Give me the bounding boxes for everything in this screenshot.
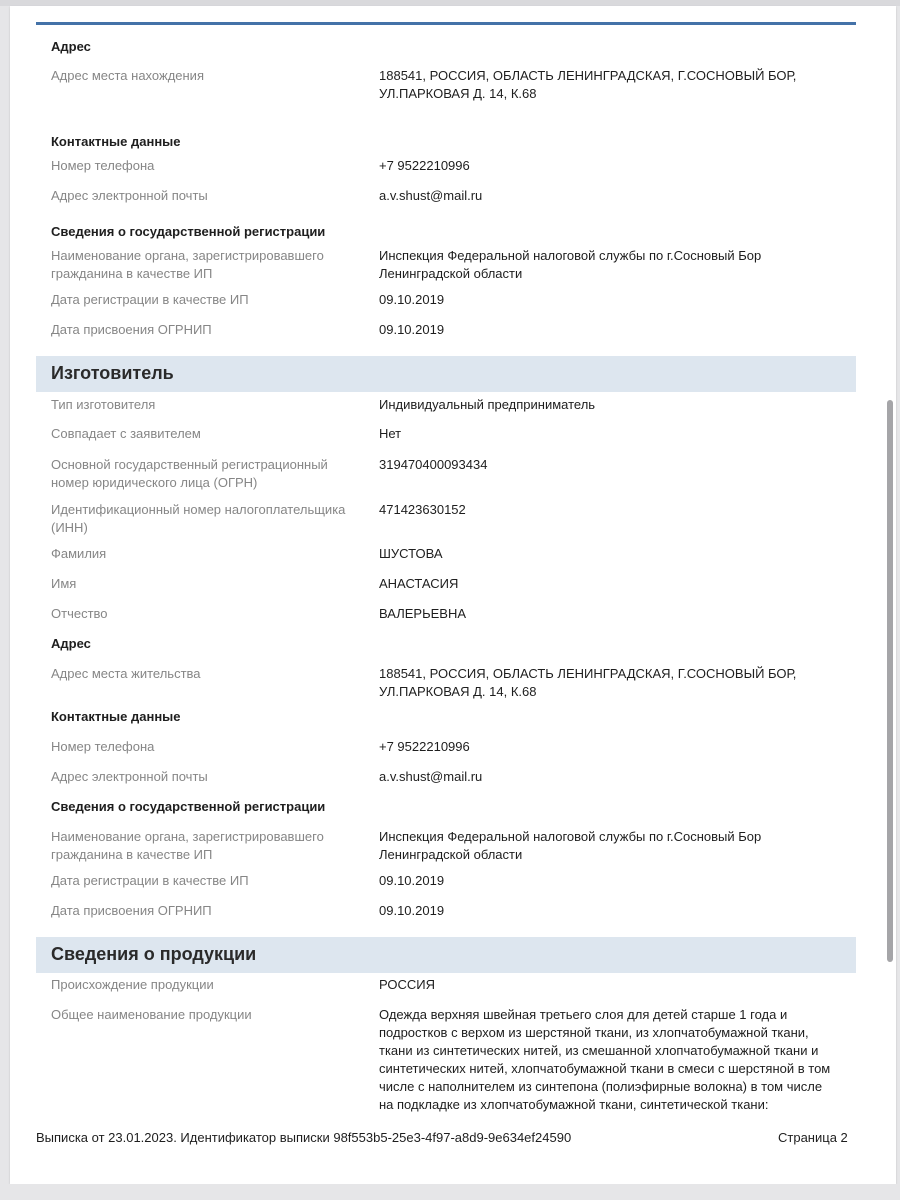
field-value: 188541, РОССИЯ, ОБЛАСТЬ ЛЕНИНГРАДСКАЯ, Г… — [379, 665, 854, 701]
field-label: Дата присвоения ОГРНИП — [51, 902, 356, 920]
product-name-line: числе с наполнителем из синтепона (полиэ… — [379, 1078, 854, 1096]
field-value: Одежда верхняя швейная третьего слоя для… — [379, 1006, 854, 1114]
address-line-2: УЛ.ПАРКОВАЯ Д. 14, К.68 — [379, 85, 854, 103]
field-value: 09.10.2019 — [379, 872, 854, 890]
product-name-line: синтетических нитей, хлопчатобумажной тк… — [379, 1060, 854, 1078]
field-value: Инспекция Федеральной налоговой службы п… — [379, 247, 854, 283]
field-value: +7 9522210996 — [379, 738, 854, 756]
field-value: a.v.shust@mail.ru — [379, 187, 854, 205]
label-line-1: Наименование органа, зарегистрировавшего — [51, 247, 356, 265]
value-line-1: Инспекция Федеральной налоговой службы п… — [379, 247, 854, 265]
manufacturer-contacts-heading: Контактные данные — [51, 709, 181, 724]
field-label: Адрес места нахождения — [51, 67, 356, 85]
field-label: Имя — [51, 575, 356, 593]
field-value: РОССИЯ — [379, 976, 854, 994]
field-value: Индивидуальный предприниматель — [379, 396, 854, 414]
label-line-2: гражданина в качестве ИП — [51, 265, 356, 283]
product-section-header: Сведения о продукции — [36, 937, 856, 973]
value-line-2: Ленинградской области — [379, 846, 854, 864]
field-value: a.v.shust@mail.ru — [379, 768, 854, 786]
window-bottom-edge — [0, 1184, 900, 1200]
applicant-address-heading: Адрес — [51, 39, 91, 54]
manufacturer-reg-heading: Сведения о государственной регистрации — [51, 799, 325, 814]
field-label: Адрес электронной почты — [51, 768, 356, 786]
field-label: Номер телефона — [51, 157, 356, 175]
field-label: Дата присвоения ОГРНИП — [51, 321, 356, 339]
field-label: Номер телефона — [51, 738, 356, 756]
field-value: ВАЛЕРЬЕВНА — [379, 605, 854, 623]
field-label: Отчество — [51, 605, 356, 623]
field-value: 09.10.2019 — [379, 902, 854, 920]
header-rule — [36, 22, 856, 25]
field-value: +7 9522210996 — [379, 157, 854, 175]
field-label: Фамилия — [51, 545, 356, 563]
field-value: Инспекция Федеральной налоговой службы п… — [379, 828, 854, 864]
field-value: 09.10.2019 — [379, 321, 854, 339]
field-label: Адрес электронной почты — [51, 187, 356, 205]
address-line-2: УЛ.ПАРКОВАЯ Д. 14, К.68 — [379, 683, 854, 701]
label-line-2: номер юридического лица (ОГРН) — [51, 474, 356, 492]
product-name-line: на подкладке из хлопчатобумажной ткани, … — [379, 1096, 854, 1114]
field-value: АНАСТАСИЯ — [379, 575, 854, 593]
applicant-reg-heading: Сведения о государственной регистрации — [51, 224, 325, 239]
field-label: Адрес места жительства — [51, 665, 356, 683]
field-label: Тип изготовителя — [51, 396, 356, 414]
applicant-contacts-heading: Контактные данные — [51, 134, 181, 149]
label-line-2: гражданина в качестве ИП — [51, 846, 356, 864]
label-line-2: (ИНН) — [51, 519, 356, 537]
field-label: Дата регистрации в качестве ИП — [51, 291, 356, 309]
document-page: Адрес Адрес места нахождения 188541, РОС… — [10, 6, 896, 1184]
field-label: Общее наименование продукции — [51, 1006, 356, 1024]
field-label: Наименование органа, зарегистрировавшего… — [51, 247, 356, 283]
scrollbar-thumb[interactable] — [887, 400, 893, 962]
field-label: Основной государственный регистрационный… — [51, 456, 356, 492]
section-title: Сведения о продукции — [51, 944, 256, 965]
value-line-2: Ленинградской области — [379, 265, 854, 283]
label-line-1: Основной государственный регистрационный — [51, 456, 356, 474]
field-value: ШУСТОВА — [379, 545, 854, 563]
label-line-1: Идентификационный номер налогоплательщик… — [51, 501, 356, 519]
address-line-1: 188541, РОССИЯ, ОБЛАСТЬ ЛЕНИНГРАДСКАЯ, Г… — [379, 665, 854, 683]
footer-extract-info: Выписка от 23.01.2023. Идентификатор вып… — [36, 1130, 571, 1145]
field-label: Наименование органа, зарегистрировавшего… — [51, 828, 356, 864]
product-name-line: ткани из синтетических нитей, из смешанн… — [379, 1042, 854, 1060]
field-label: Дата регистрации в качестве ИП — [51, 872, 356, 890]
field-value: 471423630152 — [379, 501, 854, 519]
field-value: 188541, РОССИЯ, ОБЛАСТЬ ЛЕНИНГРАДСКАЯ, Г… — [379, 67, 854, 103]
field-value: Нет — [379, 425, 854, 443]
field-label: Происхождение продукции — [51, 976, 356, 994]
manufacturer-address-heading: Адрес — [51, 636, 91, 651]
value-line-1: Инспекция Федеральной налоговой службы п… — [379, 828, 854, 846]
product-name-line: подростков с верхом из шерстяной ткани, … — [379, 1024, 854, 1042]
section-title: Изготовитель — [51, 363, 174, 384]
footer-page-number: Страница 2 — [778, 1130, 848, 1145]
field-value: 09.10.2019 — [379, 291, 854, 309]
field-label: Совпадает с заявителем — [51, 425, 356, 443]
field-label: Идентификационный номер налогоплательщик… — [51, 501, 356, 537]
field-value: 319470400093434 — [379, 456, 854, 474]
label-line-1: Наименование органа, зарегистрировавшего — [51, 828, 356, 846]
manufacturer-section-header: Изготовитель — [36, 356, 856, 392]
address-line-1: 188541, РОССИЯ, ОБЛАСТЬ ЛЕНИНГРАДСКАЯ, Г… — [379, 67, 854, 85]
product-name-line: Одежда верхняя швейная третьего слоя для… — [379, 1006, 854, 1024]
